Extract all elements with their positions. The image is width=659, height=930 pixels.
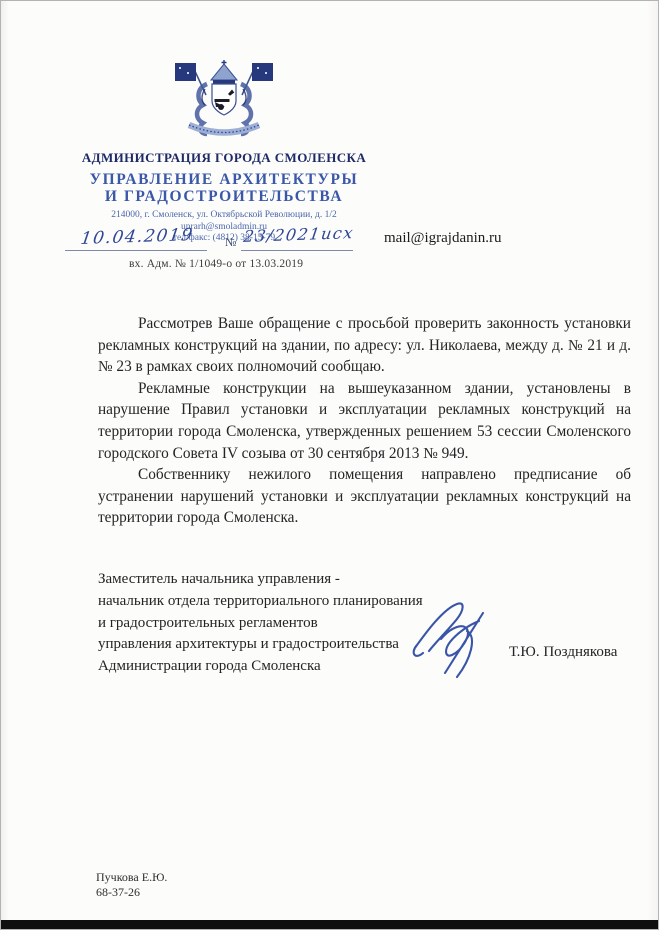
date-underline (65, 250, 207, 251)
scanned-letter-page: АДМИНИСТРАЦИЯ ГОРОДА СМОЛЕНСКА УПРАВЛЕНИ… (0, 0, 659, 930)
smolensk-coat-of-arms-icon (167, 59, 281, 146)
scan-edge-bar (1, 920, 658, 929)
paragraph-3: Собственнику нежилого помещения направле… (98, 464, 631, 529)
number-sign-label: № (225, 235, 236, 250)
department-name-line1: УПРАВЛЕНИЕ АРХИТЕКТУРЫ (63, 171, 385, 188)
position-line-1: Заместитель начальника управления - (98, 569, 488, 591)
executor-phone: 68-37-26 (96, 885, 167, 900)
organization-name: АДМИНИСТРАЦИЯ ГОРОДА СМОЛЕНСКА (63, 150, 385, 166)
executor-name: Пучкова Е.Ю. (96, 870, 167, 885)
handwritten-outgoing-date: 10.04.2019 (79, 225, 195, 249)
paragraph-1: Рассмотрев Ваше обращение с просьбой про… (98, 313, 631, 378)
paragraph-2: Рекламные конструкции на вышеуказанном з… (98, 378, 631, 464)
number-underline (241, 250, 353, 251)
letterhead: АДМИНИСТРАЦИЯ ГОРОДА СМОЛЕНСКА УПРАВЛЕНИ… (63, 59, 385, 245)
department-name-line2: И ГРАДОСТРОИТЕЛЬСТВА (63, 188, 385, 205)
letterhead-address: 214000, г. Смоленск, ул. Октябрьской Рев… (63, 210, 385, 222)
recipient-email: mail@igrajdanin.ru (384, 230, 502, 247)
handwritten-signature-icon (407, 597, 507, 687)
executor-block: Пучкова Е.Ю. 68-37-26 (96, 870, 167, 900)
letter-body: Рассмотрев Ваше обращение с просьбой про… (98, 313, 631, 529)
handwritten-outgoing-number: 23/2021исх (242, 223, 355, 246)
incoming-reference: вх. Адм. № 1/1049-о от 13.03.2019 (129, 258, 303, 270)
signer-name: Т.Ю. Позднякова (509, 644, 617, 661)
